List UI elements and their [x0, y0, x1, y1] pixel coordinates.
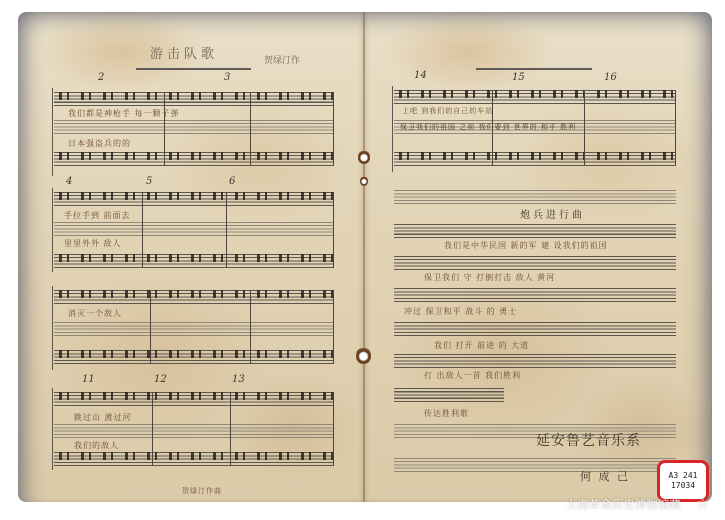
staff [394, 256, 676, 270]
lyric-line: 冲过 保卫和平 战斗 的 勇士 [404, 306, 517, 317]
system-bracket [52, 88, 53, 176]
staff [54, 222, 334, 236]
staff [54, 322, 334, 336]
notes [54, 446, 334, 466]
barline [226, 192, 227, 268]
barline [333, 192, 334, 268]
measure-number: 2 [98, 72, 104, 83]
notes [54, 86, 334, 106]
composer-note: 贺绿汀作 [264, 53, 300, 66]
barline [250, 290, 251, 364]
measure-number: 14 [414, 70, 427, 81]
notes [54, 284, 334, 304]
score-system-5: 14 15 16 上吧 到我们的自己的车站 保卫我们的祖国 之前 我们要到 世界… [394, 86, 676, 180]
measure-number: 12 [154, 374, 167, 385]
staff [394, 322, 676, 336]
lyric-line: 跳过山 渡过河 [74, 412, 132, 423]
score-system-6: 我们是中华民国 新的军 建 设我们的祖国 保卫我们 守 打倒打击 敌人 黄河 冲… [394, 222, 676, 422]
system-bracket [52, 188, 53, 272]
staff [394, 288, 676, 302]
barline [584, 90, 585, 166]
title-rule [136, 68, 251, 70]
notes [54, 344, 334, 364]
section-title: 炮兵进行曲 [520, 206, 585, 221]
lyric-line: 上吧 到我们的自己的车站 [402, 106, 493, 116]
binding-hole-icon [360, 176, 368, 186]
lyric-line: 我们是中华民国 新的军 建 设我们的祖国 [444, 240, 608, 251]
stamp-line-2: 17034 [671, 481, 695, 491]
staff [394, 388, 504, 402]
barline [675, 90, 676, 166]
page-spine [363, 12, 365, 502]
score-system-2: 4 5 6 手拉手到 前面去 里里外外 敌人 [54, 188, 334, 280]
lyric-line: 保卫我们的祖国 之前 我们要到 世界的 和平 胜利 [400, 122, 576, 132]
score-system-1: 2 3 我们都是神枪手 每一颗子弹 日本强盗兵的的 [54, 88, 334, 180]
barline [333, 92, 334, 166]
barline [142, 192, 143, 268]
barline [152, 392, 153, 466]
lyric-line: 我们都是神枪手 每一颗子弹 [68, 108, 180, 119]
score-system-3: 消灭一个敌人 [54, 286, 334, 376]
notes [54, 386, 334, 406]
empty-staff [394, 190, 676, 204]
lyric-line: 打 出敌人一首 我们胜利 [424, 370, 521, 381]
barline [250, 92, 251, 166]
star-logo-icon: ☆ [696, 494, 709, 512]
barline [492, 90, 493, 166]
barline [164, 92, 165, 166]
notes [54, 186, 334, 206]
system-bracket [392, 86, 393, 172]
measure-number: 13 [232, 374, 245, 385]
barline [230, 392, 231, 466]
measure-number: 11 [82, 374, 95, 385]
score-system-4: 11 12 13 跳过山 渡过河 我们的敌人 [54, 388, 334, 478]
lyric-line: 传达胜利歌 [424, 408, 469, 419]
binding-hole-icon [356, 347, 371, 364]
signature-name: 何 成 己 [580, 468, 630, 484]
museum-watermark: 上海革命历史博物馆藏 [566, 496, 681, 512]
system-bracket [52, 286, 53, 370]
measure-number: 16 [604, 72, 617, 83]
staff [394, 354, 676, 368]
lyric-line: 消灭一个敌人 [68, 308, 122, 319]
empty-staff [394, 458, 676, 472]
lyric-line: 保卫我们 守 打倒打击 敌人 黄河 [424, 272, 555, 283]
barline [333, 290, 334, 364]
binding-hole-icon [358, 150, 370, 164]
notes [394, 146, 676, 166]
notes [54, 248, 334, 268]
lyric-line: 我们 打开 前进 的 大道 [434, 340, 529, 351]
lyric-line: 手拉手到 前面去 [64, 210, 131, 221]
measure-number: 15 [512, 72, 525, 83]
staff [394, 224, 676, 238]
stamp-line-1: A3 241 [669, 471, 698, 481]
staff [54, 424, 334, 438]
measure-number: 3 [224, 72, 230, 83]
staff [54, 120, 334, 134]
score-title: 游击队歌 [150, 43, 218, 62]
footer-note: 贺绿汀作曲 [182, 486, 222, 496]
system-bracket [52, 388, 53, 470]
notes [54, 146, 334, 166]
barline [150, 290, 151, 364]
signature: 延安鲁艺音乐系 [536, 430, 641, 450]
title-rule [476, 68, 592, 70]
barline [333, 392, 334, 466]
notes [394, 84, 676, 104]
